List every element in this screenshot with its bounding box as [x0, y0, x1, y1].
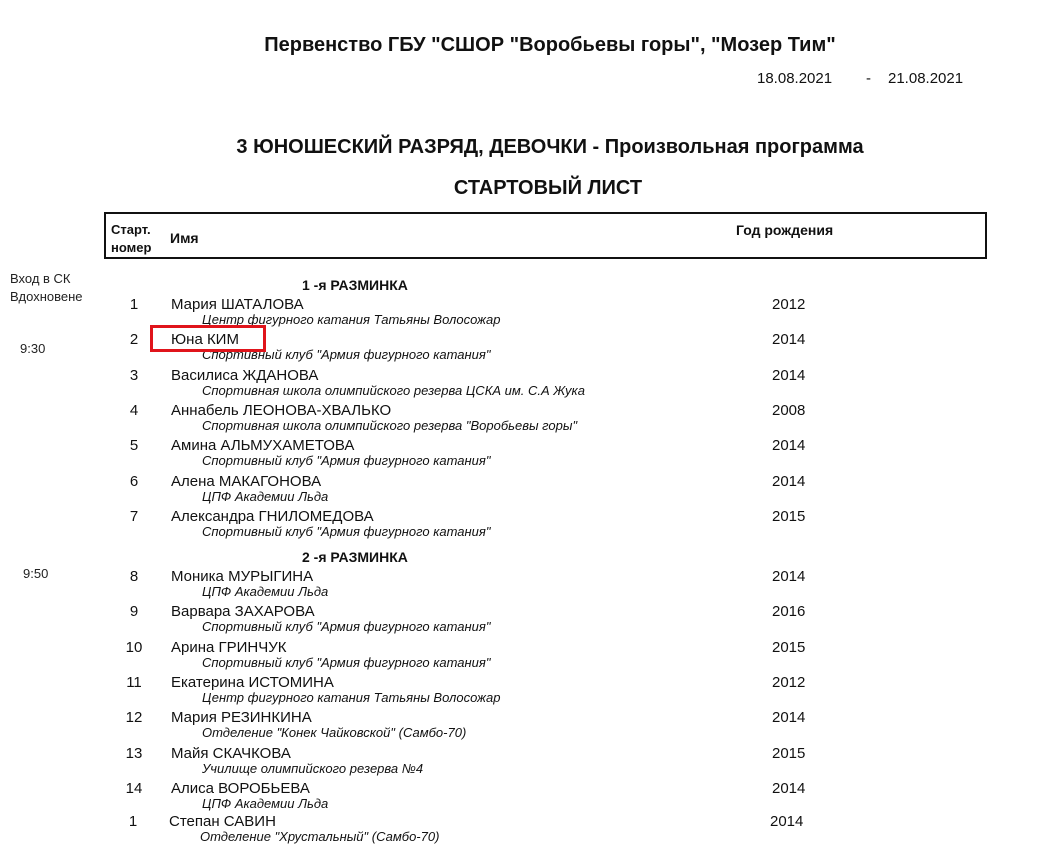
start-number: 11 — [119, 674, 149, 691]
start-number: 1 — [118, 813, 148, 830]
birth-year: 2014 — [772, 709, 805, 726]
category-separator: - — [587, 136, 605, 158]
start-number-label-line2: номер — [111, 239, 151, 257]
category-heading: 3 ЮНОШЕСКИЙ РАЗРЯД, ДЕВОЧКИ - Произвольн… — [0, 136, 1061, 159]
birth-year: 2014 — [772, 780, 805, 797]
start-number: 10 — [119, 639, 149, 656]
skater-club: ЦПФ Академии Льда — [202, 489, 328, 504]
start-number: 4 — [119, 402, 149, 419]
birth-year: 2015 — [772, 508, 805, 525]
category-name: 3 ЮНОШЕСКИЙ РАЗРЯД, ДЕВОЧКИ — [236, 136, 587, 158]
venue-note: Вход в СК Вдохновене — [10, 270, 83, 306]
skater-name: Александра ГНИЛОМЕДОВА — [171, 508, 374, 525]
skater-club: Училище олимпийского резерва №4 — [202, 761, 423, 776]
birth-year: 2016 — [772, 603, 805, 620]
sheet-title: СТАРТОВЫЙ ЛИСТ — [0, 177, 1061, 200]
birth-year: 2008 — [772, 402, 805, 419]
skater-name: Екатерина ИСТОМИНА — [171, 674, 334, 691]
table-header — [104, 212, 987, 259]
skater-name: Арина ГРИНЧУК — [171, 639, 287, 656]
skater-name: Алиса ВОРОБЬЕВА — [171, 780, 310, 797]
skater-name: Мария ШАТАЛОВА — [171, 296, 304, 313]
date-start: 18.08.2021 — [757, 70, 832, 87]
start-number: 9 — [119, 603, 149, 620]
skater-club: Спортивный клуб "Армия фигурного катания… — [202, 524, 490, 539]
start-number: 6 — [119, 473, 149, 490]
start-number: 8 — [119, 568, 149, 585]
skater-name: Моника МУРЫГИНА — [171, 568, 313, 585]
birth-year: 2012 — [772, 296, 805, 313]
birth-year: 2015 — [772, 639, 805, 656]
skater-club: Центр фигурного катания Татьяны Волосожа… — [202, 690, 500, 705]
skater-name: Аннабель ЛЕОНОВА-ХВАЛЬКО — [171, 402, 391, 419]
skater-club: ЦПФ Академии Льда — [202, 796, 328, 811]
skater-name: Майя СКАЧКОВА — [171, 745, 291, 762]
date-separator: - — [866, 70, 871, 87]
start-number: 7 — [119, 508, 149, 525]
warmup-heading: 1 -я РАЗМИНКА — [302, 277, 408, 293]
warmup-heading: 2 -я РАЗМИНКА — [302, 549, 408, 565]
warmup-time-1: 9:30 — [20, 340, 45, 358]
date-end: 21.08.2021 — [888, 70, 963, 87]
start-number: 5 — [119, 437, 149, 454]
birth-year: 2015 — [772, 745, 805, 762]
start-number-label-line1: Старт. — [111, 221, 151, 239]
program-name: Произвольная программа — [605, 136, 864, 158]
skater-club: Отделение "Конек Чайковской" (Самбо-70) — [202, 725, 466, 740]
skater-club: Спортивная школа олимпийского резерва ЦС… — [202, 383, 585, 398]
start-number: 14 — [119, 780, 149, 797]
skater-club: Отделение "Хрустальный" (Самбо-70) — [200, 829, 439, 844]
skater-club: Спортивный клуб "Армия фигурного катания… — [202, 453, 490, 468]
event-title: Первенство ГБУ "СШОР "Воробьевы горы", "… — [0, 34, 1061, 57]
column-header-start-number: Старт. номер — [111, 221, 151, 257]
start-number: 13 — [119, 745, 149, 762]
skater-club: ЦПФ Академии Льда — [202, 584, 328, 599]
venue-line1: Вход в СК — [10, 270, 83, 288]
skater-club: Спортивный клуб "Армия фигурного катания… — [202, 619, 490, 634]
skater-name: Степан САВИН — [169, 813, 276, 830]
skater-name: Мария РЕЗИНКИНА — [171, 709, 312, 726]
column-header-birth-year: Год рождения — [736, 222, 833, 238]
birth-year: 2014 — [772, 331, 805, 348]
start-number: 3 — [119, 367, 149, 384]
skater-club: Спортивный клуб "Армия фигурного катания… — [202, 655, 490, 670]
birth-year: 2014 — [772, 473, 805, 490]
highlight-box — [150, 325, 266, 352]
column-header-name: Имя — [170, 230, 199, 246]
skater-name: Амина АЛЬМУХАМЕТОВА — [171, 437, 354, 454]
skater-name: Василиса ЖДАНОВА — [171, 367, 318, 384]
birth-year: 2014 — [772, 568, 805, 585]
birth-year: 2014 — [772, 437, 805, 454]
birth-year: 2014 — [772, 367, 805, 384]
start-number: 12 — [119, 709, 149, 726]
skater-name: Алена МАКАГОНОВА — [171, 473, 321, 490]
skater-name: Варвара ЗАХАРОВА — [171, 603, 315, 620]
birth-year: 2012 — [772, 674, 805, 691]
start-number: 2 — [119, 331, 149, 348]
skater-club: Спортивная школа олимпийского резерва "В… — [202, 418, 577, 433]
start-number: 1 — [119, 296, 149, 313]
warmup-time-2: 9:50 — [23, 565, 48, 583]
venue-line2: Вдохновене — [10, 288, 83, 306]
birth-year: 2014 — [770, 813, 803, 830]
